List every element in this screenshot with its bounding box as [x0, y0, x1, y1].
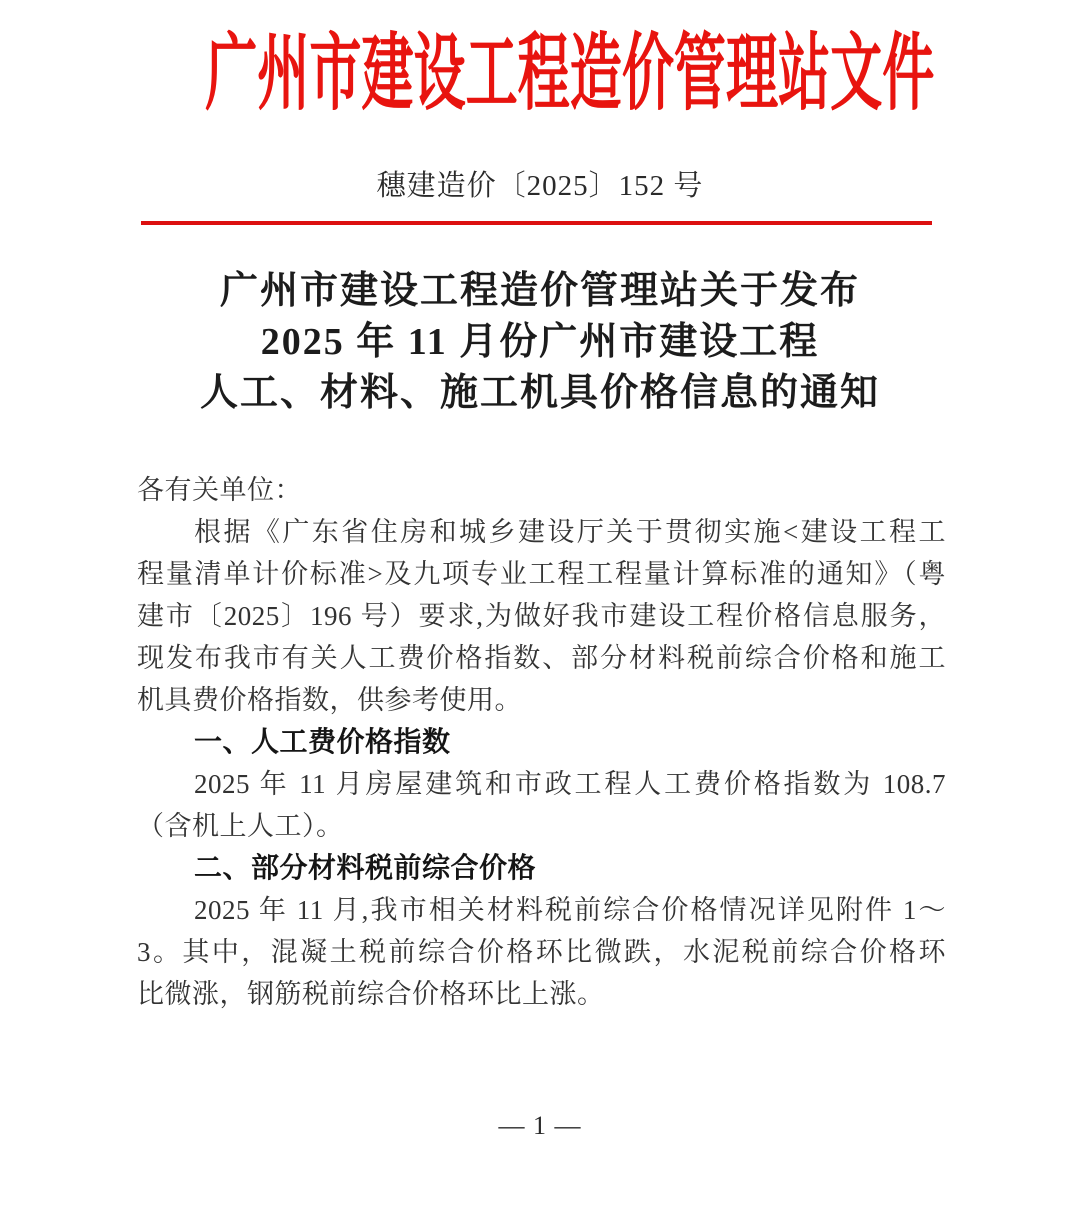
body-line: 2025 年 11 月,我市相关材料税前综合价格情况详见附件 1～	[137, 889, 946, 931]
body-line: 3。其中，混凝土税前综合价格环比微跌，水泥税前综合价格环	[137, 931, 946, 973]
header-divider-line	[141, 221, 932, 225]
section-heading-1: 一、人工费价格指数	[137, 721, 946, 763]
page-number: — 1 —	[0, 1106, 1080, 1146]
document-body: 各有关单位： 根据《广东省住房和城乡建设厅关于贯彻实施<建设工程工 程量清单计价…	[137, 469, 946, 1015]
section-heading-2: 二、部分材料税前综合价格	[137, 847, 946, 889]
salutation-line: 各有关单位：	[137, 469, 946, 511]
body-line: 根据《广东省住房和城乡建设厅关于贯彻实施<建设工程工	[137, 511, 946, 553]
body-line: 建市〔2025〕196 号）要求,为做好我市建设工程价格信息服务，	[137, 595, 946, 637]
notice-title: 广州市建设工程造价管理站关于发布 2025 年 11 月份广州市建设工程 人工、…	[0, 266, 1080, 419]
document-header-title: 广州市建设工程造价管理站文件	[205, 14, 875, 136]
body-line: 现发布我市有关人工费价格指数、部分材料税前综合价格和施工	[137, 637, 946, 679]
notice-title-line-3: 人工、材料、施工机具价格信息的通知	[0, 368, 1080, 419]
notice-title-line-1: 广州市建设工程造价管理站关于发布	[0, 266, 1080, 317]
body-line: （含机上人工）。	[137, 805, 946, 847]
body-line: 机具费价格指数，供参考使用。	[137, 679, 946, 721]
body-line: 程量清单计价标准>及九项专业工程工程量计算标准的通知》（粤	[137, 553, 946, 595]
document-number: 穗建造价〔2025〕152 号	[0, 166, 1080, 206]
notice-title-line-2: 2025 年 11 月份广州市建设工程	[0, 317, 1080, 368]
body-line: 比微涨，钢筋税前综合价格环比上涨。	[137, 973, 946, 1015]
document-page: 广州市建设工程造价管理站文件 穗建造价〔2025〕152 号 广州市建设工程造价…	[0, 0, 1080, 1212]
body-line: 2025 年 11 月房屋建筑和市政工程人工费价格指数为 108.7	[137, 763, 946, 805]
